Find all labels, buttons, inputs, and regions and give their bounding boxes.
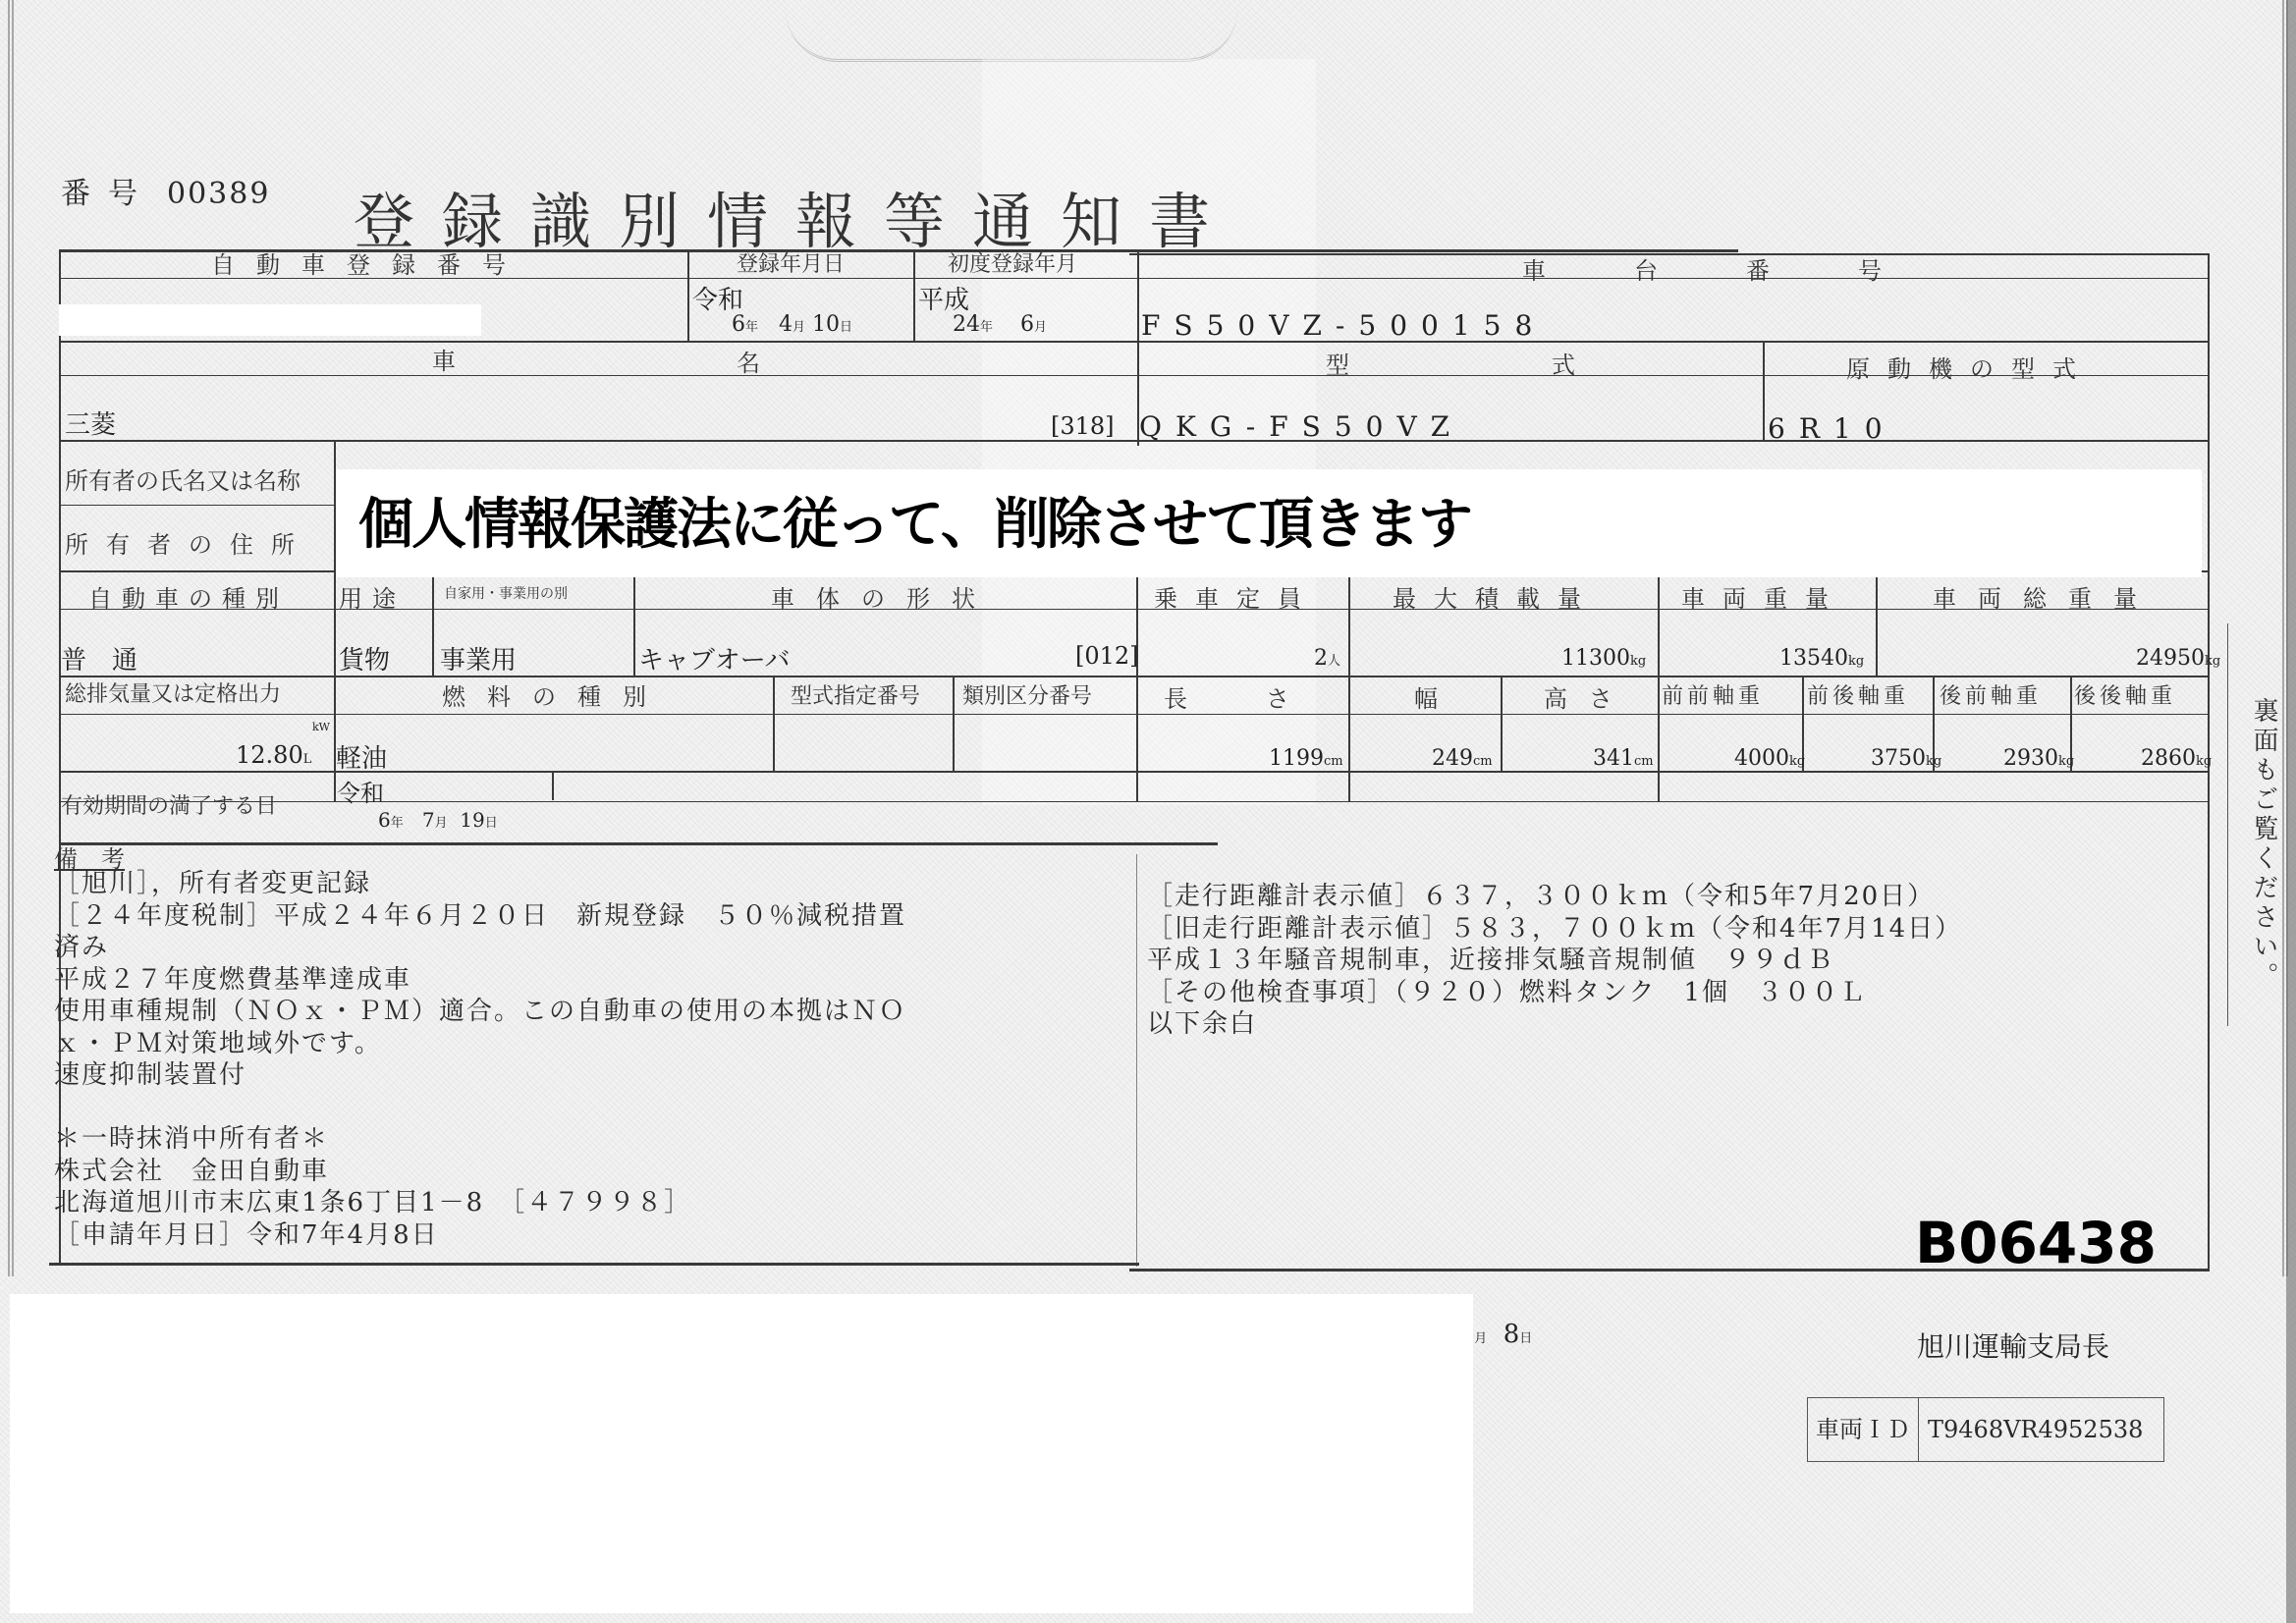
- body-shape: キャブオーバ: [638, 640, 790, 676]
- remark-line: ｘ・ＰＭ対策地域外です。: [54, 1028, 906, 1060]
- owner-address-label: 所有者の住所: [65, 525, 312, 560]
- vehicle-id-value: T9468VR4952538: [1928, 1398, 2143, 1461]
- header-use: 用途: [339, 579, 406, 614]
- reference-code: B06438: [1915, 1210, 2157, 1276]
- header-engine-model: 原動機の型式: [1846, 350, 2094, 384]
- redacted-registration-number: [59, 304, 481, 336]
- body-shape-code: [012]: [1075, 642, 1139, 670]
- document-number-value: 00389: [167, 177, 270, 211]
- owner-name-label: 所有者の氏名又は名称: [65, 461, 301, 496]
- remark-line: 以下余白: [1147, 1008, 1962, 1041]
- issuer: 旭川運輸支局長: [1917, 1325, 2109, 1365]
- remark-line: 株式会社 金田自動車: [54, 1156, 906, 1188]
- vehicle-id-box: 車両ＩＤ T9468VR4952538: [1807, 1397, 2164, 1462]
- expiry-era: 令和: [337, 774, 384, 808]
- header-category-number: 類別区分番号: [962, 679, 1092, 710]
- redacted-bottom-area: [10, 1294, 1473, 1613]
- header-length: 長さ: [1164, 679, 1368, 714]
- capacity: 2人: [1314, 646, 1340, 671]
- remark-line: 北海道旭川市末広東1条6丁目1－8 ［４７９９８］: [54, 1187, 906, 1219]
- header-fuel: 燃料の種別: [442, 677, 668, 712]
- header-model-2: 式: [1552, 346, 1575, 380]
- header-rf-axle: 後前軸重: [1940, 679, 2042, 710]
- header-displacement: 総排気量又は定格出力: [65, 677, 281, 708]
- chassis-number: FS50VZ-500158: [1141, 309, 1546, 342]
- header-max-load: 最大積載量: [1393, 579, 1599, 614]
- height: 341cm: [1593, 746, 1654, 771]
- private-business: 事業用: [440, 640, 517, 676]
- header-registration-number: 自動車登録番号: [211, 245, 527, 280]
- rf-axle: 2930kg: [2003, 746, 2074, 771]
- remark-line: 平成２７年度燃費基準達成車: [54, 964, 906, 997]
- gross-weight: 24950kg: [2136, 646, 2220, 671]
- remark-line: ［旭川］，所有者変更記録: [54, 868, 906, 900]
- header-car-name-1: 車: [432, 342, 456, 376]
- border-ornament-left: [8, 0, 53, 1276]
- side-note-text: 裏面もご覧ください。: [2246, 697, 2282, 992]
- header-vehicle-weight: 車両重量: [1681, 579, 1846, 614]
- remark-line: ［旧走行距離計表示値］５８３，７００ｋｍ（令和4年7月14日）: [1147, 913, 1962, 946]
- width: 249cm: [1432, 746, 1493, 771]
- model: QKG-FS50VZ: [1139, 410, 1463, 443]
- expiry-label: 有効期間の満了する日: [61, 789, 277, 820]
- fr-axle: 3750kg: [1871, 746, 1941, 771]
- expiry-date: 6年 7月 19日: [378, 808, 498, 832]
- kw-unit: kW: [312, 721, 330, 733]
- max-load: 11300kg: [1561, 646, 1646, 671]
- car-name: 三菱: [65, 405, 116, 441]
- remark-line: 済み: [54, 932, 906, 964]
- remark-line: ［その他検査事項］（９２０）燃料タンク 1個 ３００Ｌ: [1147, 977, 1962, 1009]
- header-type-designation: 型式指定番号: [791, 679, 920, 710]
- registration-date-era: 令和: [692, 280, 743, 316]
- header-chassis-number: 車台番号: [1522, 251, 1970, 286]
- first-registration-value: 24年 6月: [953, 312, 1047, 337]
- model-code: [318]: [1051, 412, 1115, 440]
- header-width: 幅: [1414, 679, 1438, 714]
- remark-line: ［２４年度税制］平成２４年６月２０日 新規登録 ５０％減税措置: [54, 900, 906, 933]
- vehicle-weight: 13540kg: [1779, 646, 1864, 671]
- vehicle-id-label: 車両ＩＤ: [1808, 1398, 1919, 1461]
- remark-line: 平成１３年騒音規制車，近接排気騒音規制値 ９９ｄＢ: [1147, 945, 1962, 977]
- header-vehicle-type: 自動車の種別: [88, 579, 289, 614]
- remarks-right: ［走行距離計表示値］６３７，３００ｋｍ（令和5年7月20日） ［旧走行距離計表示…: [1147, 881, 1962, 1041]
- header-body-shape: 車体の形状: [771, 579, 997, 614]
- redaction-notice: 個人情報保護法に従って、削除させて頂きます: [358, 481, 1471, 560]
- document-number: 番号00389: [61, 169, 270, 212]
- use: 貨物: [339, 640, 390, 676]
- fuel: 軽油: [336, 738, 387, 775]
- rr-axle: 2860kg: [2141, 746, 2212, 771]
- header-ff-axle: 前前軸重: [1662, 679, 1764, 710]
- header-car-name-2: 名: [737, 344, 760, 378]
- header-fr-axle: 前後軸重: [1807, 679, 1909, 710]
- document-number-label: 番号: [61, 177, 155, 211]
- header-capacity: 乗車定員: [1154, 579, 1319, 614]
- remark-line: [54, 1092, 906, 1124]
- crest-ornament: [786, 10, 1237, 62]
- displacement: 12.80L: [236, 741, 311, 769]
- remark-line: 使用車種規制（ＮＯｘ・ＰＭ）適合。この自動車の使用の本拠はＮＯ: [54, 996, 906, 1028]
- remarks-left: ［旭川］，所有者変更記録 ［２４年度税制］平成２４年６月２０日 新規登録 ５０％…: [54, 868, 906, 1251]
- remark-line: ［走行距離計表示値］６３７，３００ｋｍ（令和5年7月20日）: [1147, 881, 1962, 913]
- side-note: 裏面もご覧ください。: [2227, 623, 2296, 1026]
- header-registration-date: 登録年月日: [737, 247, 845, 278]
- header-private-business: 自家用・事業用の別: [444, 583, 568, 603]
- header-first-registration: 初度登録年月: [948, 247, 1077, 278]
- header-rr-axle: 後後軸重: [2074, 679, 2176, 710]
- header-gross-weight: 車両総重量: [1933, 579, 2159, 614]
- registration-date-value: 6年 4月 10日: [732, 312, 852, 337]
- remark-line: 速度抑制装置付: [54, 1059, 906, 1092]
- ff-axle: 4000kg: [1734, 746, 1805, 771]
- first-registration-era: 平成: [918, 280, 969, 316]
- header-model-1: 型: [1326, 346, 1349, 380]
- header-height: 高さ: [1544, 679, 1634, 714]
- length: 1199cm: [1269, 746, 1343, 771]
- engine-model: 6R10: [1768, 412, 1896, 445]
- remark-line: ＊一時抹消中所有者＊: [54, 1123, 906, 1156]
- remark-line: ［申請年月日］令和7年4月8日: [54, 1219, 906, 1252]
- vehicle-type: 普 通: [61, 640, 137, 676]
